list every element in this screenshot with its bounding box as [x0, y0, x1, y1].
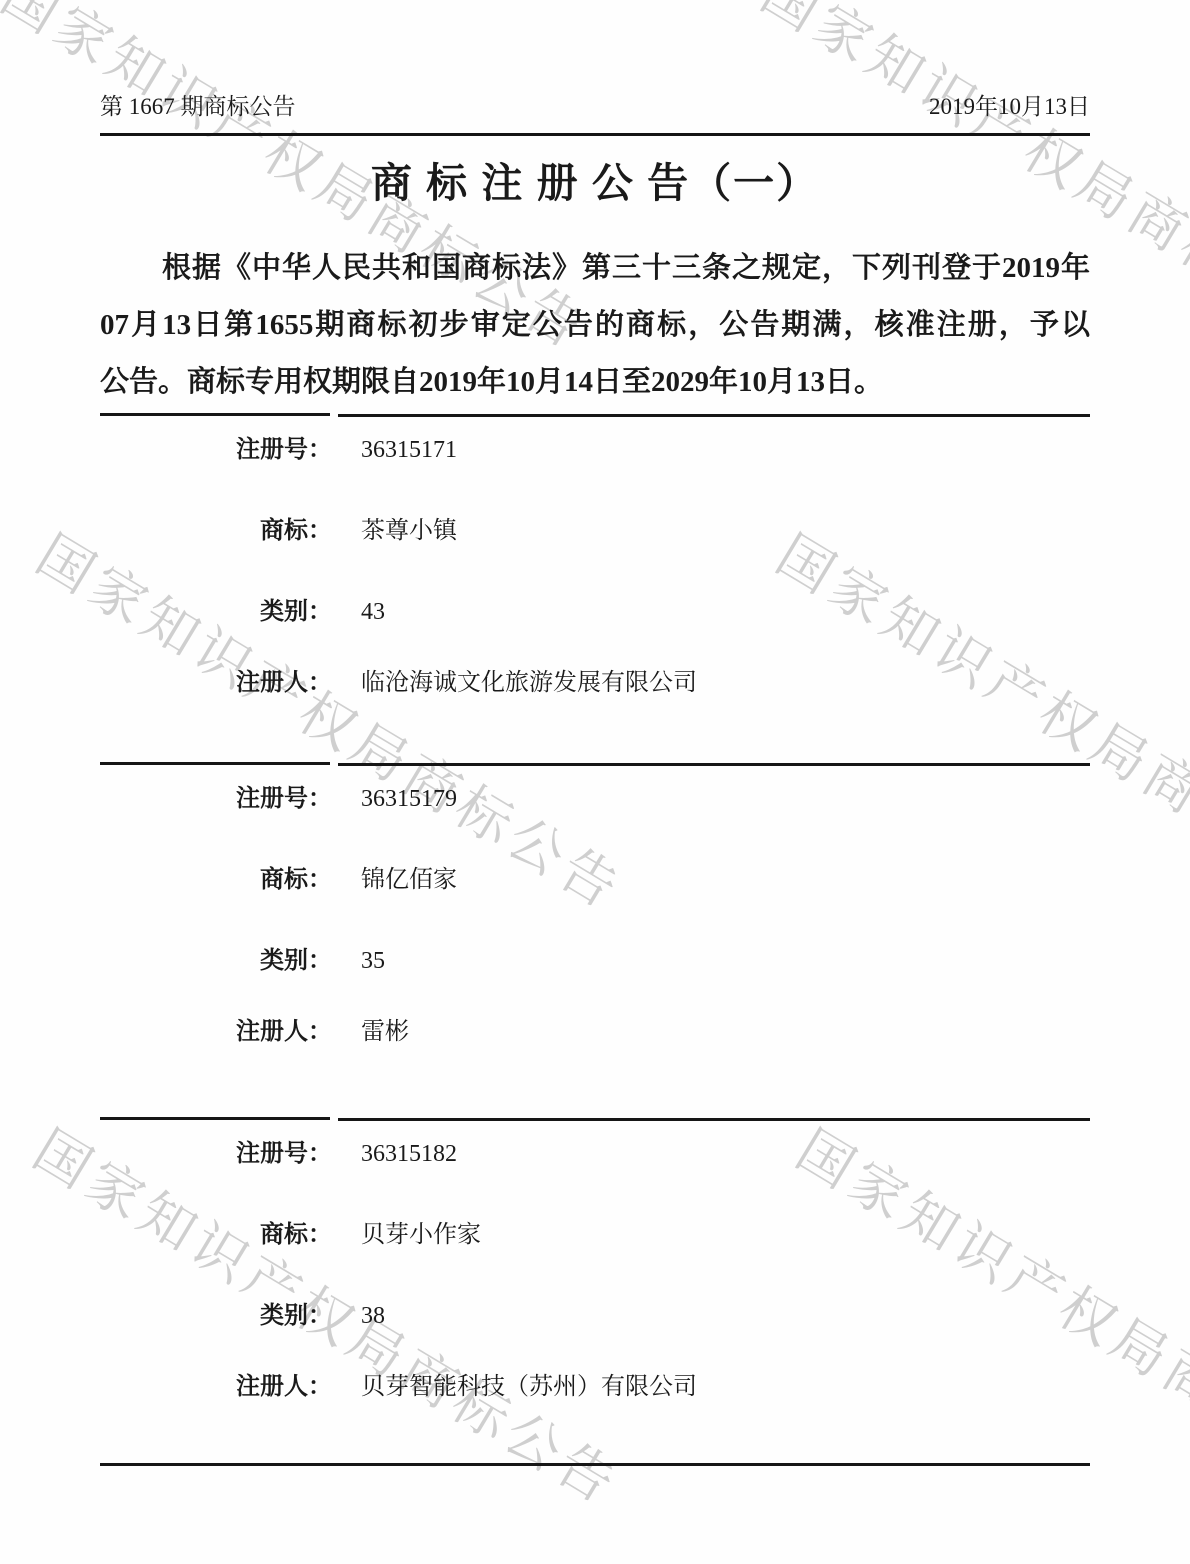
registrant-row: 注册人： 贝芽智能科技（苏州）有限公司 — [100, 1372, 1090, 1402]
registrant-value: 雷彬 — [361, 1019, 409, 1045]
trademark-value: 锦亿佰家 — [361, 867, 457, 893]
intro-line: 公告。商标专用权期限自2019年10月14日至2029年10月13日。 — [100, 354, 1090, 411]
trademark-label: 商标： — [100, 1220, 332, 1250]
separator-segment — [338, 763, 1090, 766]
trademark-row: 商标： 锦亿佰家 — [100, 865, 1090, 895]
header-rule — [100, 133, 1090, 136]
entry-separator — [100, 1117, 1090, 1121]
registrant-label: 注册人： — [100, 668, 332, 698]
intro-line: 根据《中华人民共和国商标法》第三十三条之规定，下列刊登于2019年 — [100, 240, 1090, 297]
separator-segment — [338, 414, 1090, 417]
registrant-label: 注册人： — [100, 1017, 332, 1047]
separator-segment — [338, 1118, 1090, 1121]
trademark-entry: 注册号： 36315179 商标： 锦亿佰家 类别： 35 注册人： 雷彬 — [100, 762, 1090, 1117]
trademark-label: 商标： — [100, 865, 332, 895]
class-value: 35 — [361, 948, 385, 974]
registration-number-row: 注册号： 36315179 — [100, 784, 1090, 814]
registration-number-row: 注册号： 36315171 — [100, 435, 1090, 465]
registrant-label: 注册人： — [100, 1372, 332, 1402]
separator-segment — [100, 1117, 330, 1120]
registrant-value: 贝芽智能科技（苏州）有限公司 — [361, 1374, 697, 1400]
class-value: 38 — [361, 1303, 385, 1329]
registration-number-value: 36315182 — [361, 1141, 457, 1167]
trademark-row: 商标： 贝芽小作家 — [100, 1220, 1090, 1250]
bottom-rule — [100, 1463, 1090, 1466]
registration-number-value: 36315171 — [361, 437, 457, 463]
document-page: 国家知识产权局商标公告 国家知识产权局商标公告 国家知识产权局商标公告 国家知识… — [0, 0, 1190, 1564]
trademark-value: 茶尊小镇 — [361, 518, 457, 544]
intro-paragraph: 根据《中华人民共和国商标法》第三十三条之规定，下列刊登于2019年 07月13日… — [100, 240, 1090, 411]
separator-segment — [100, 413, 330, 416]
trademark-value: 贝芽小作家 — [361, 1222, 481, 1248]
class-label: 类别： — [100, 1301, 332, 1331]
separator-segment — [100, 762, 330, 765]
trademark-entry: 注册号： 36315182 商标： 贝芽小作家 类别： 38 注册人： 贝芽智能… — [100, 1117, 1090, 1463]
registrant-row: 注册人： 雷彬 — [100, 1017, 1090, 1047]
entry-separator — [100, 413, 1090, 417]
class-value: 43 — [361, 599, 385, 625]
registration-number-label: 注册号： — [100, 1139, 332, 1169]
page-title: 商 标 注 册 公 告（一） — [0, 150, 1190, 209]
trademark-entry: 注册号： 36315171 商标： 茶尊小镇 类别： 43 注册人： 临沧海诚文… — [100, 413, 1090, 762]
intro-line: 07月13日第1655期商标初步审定公告的商标，公告期满，核准注册，予以 — [100, 297, 1090, 354]
trademark-label: 商标： — [100, 516, 332, 546]
class-row: 类别： 38 — [100, 1301, 1090, 1331]
registration-number-label: 注册号： — [100, 784, 332, 814]
registration-number-label: 注册号： — [100, 435, 332, 465]
registration-number-value: 36315179 — [361, 786, 457, 812]
trademark-row: 商标： 茶尊小镇 — [100, 516, 1090, 546]
class-label: 类别： — [100, 946, 332, 976]
entry-separator — [100, 762, 1090, 766]
registrant-row: 注册人： 临沧海诚文化旅游发展有限公司 — [100, 668, 1090, 698]
class-row: 类别： 43 — [100, 597, 1090, 627]
gazette-date: 2019年10月13日 — [100, 92, 1090, 122]
registrant-value: 临沧海诚文化旅游发展有限公司 — [361, 670, 697, 696]
class-label: 类别： — [100, 597, 332, 627]
registration-number-row: 注册号： 36315182 — [100, 1139, 1090, 1169]
class-row: 类别： 35 — [100, 946, 1090, 976]
